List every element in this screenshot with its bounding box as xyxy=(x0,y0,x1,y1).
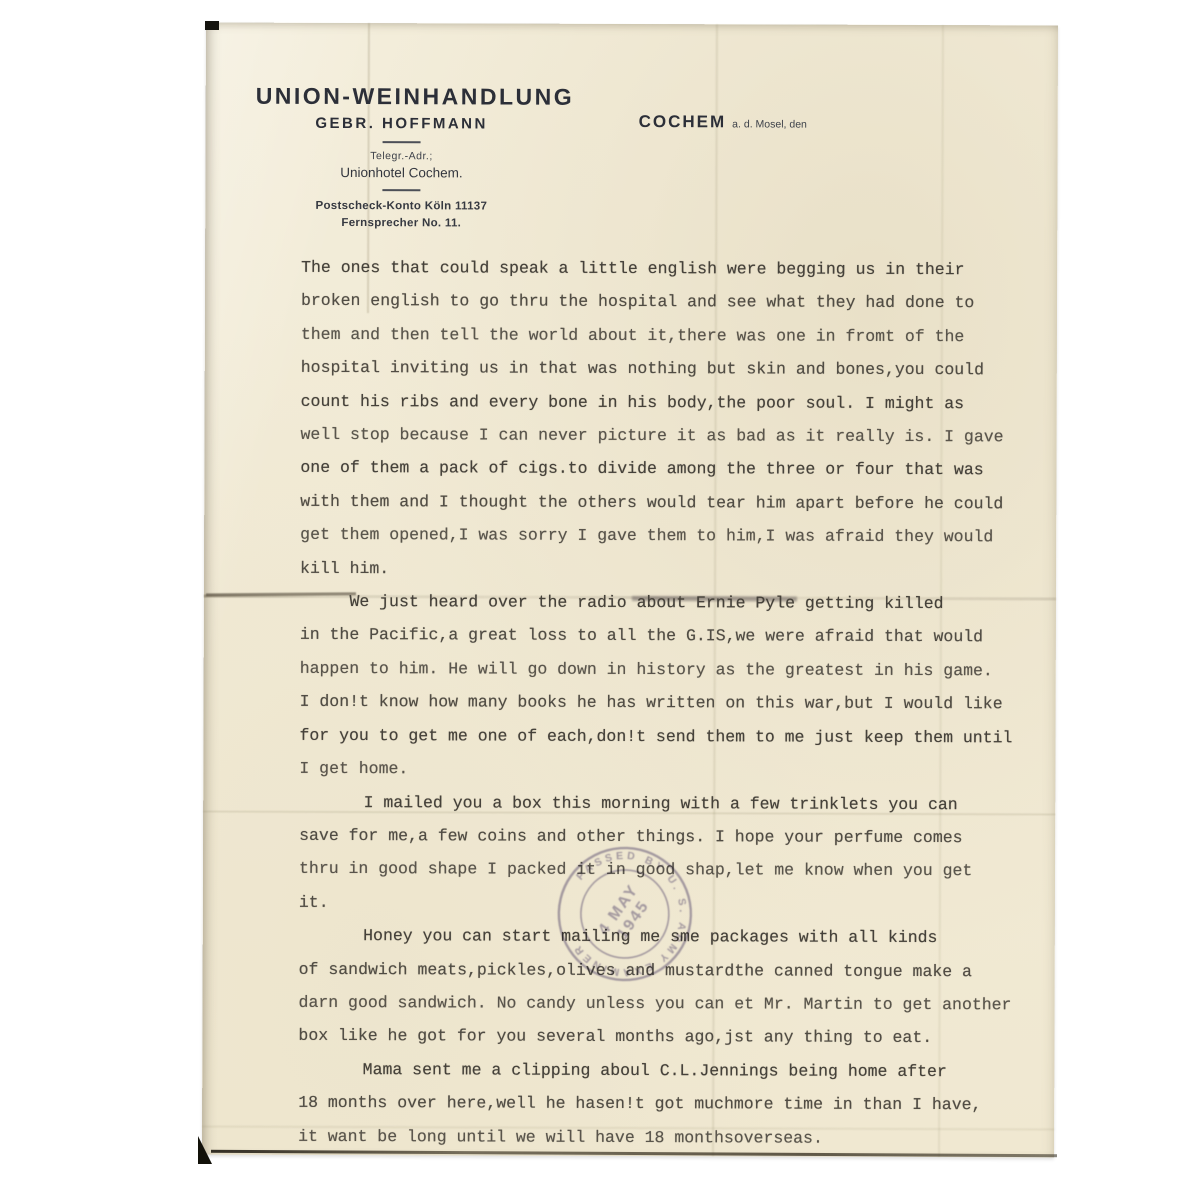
typed-line: hospital inviting us in that was nothing… xyxy=(301,351,1021,387)
typed-line: in the Pacific,a great loss to all the G… xyxy=(300,618,1020,654)
letterhead: UNION-WEINHANDLUNG GEBR. HOFFMANN Telegr… xyxy=(255,83,548,230)
typed-line: one of them a pack of cigs.to divide amo… xyxy=(300,451,1020,487)
place-date-line: COCHEMa. d. Mosel, den xyxy=(639,112,807,133)
typed-line: The ones that could speak a little engli… xyxy=(301,251,1021,287)
paragraph: Mama sent me a clipping aboul C.L.Jennin… xyxy=(298,1053,1018,1156)
place-name: COCHEM xyxy=(639,112,727,131)
scanned-letter-screenshot: { "document": { "letterhead": { "company… xyxy=(0,0,1200,1200)
typed-line: get them opened,I was sorry I gave them … xyxy=(300,518,1020,554)
typed-line: 18 months over here,well he hasen!t got … xyxy=(298,1086,1018,1122)
letter-page: UNION-WEINHANDLUNG GEBR. HOFFMANN Telegr… xyxy=(202,23,1058,1158)
typed-line: well stop because I can never picture it… xyxy=(300,418,1020,454)
scan-artifact-top-left xyxy=(205,21,219,30)
typed-line: I don!t know how many books he has writt… xyxy=(300,685,1020,721)
typed-line: with them and I thought the others would… xyxy=(300,485,1020,521)
typed-line: box like he got for you several months a… xyxy=(298,1019,1018,1055)
typed-line: We just heard over the radio about Ernie… xyxy=(300,585,1020,621)
typed-line: Mama sent me a clipping aboul C.L.Jennin… xyxy=(298,1053,1018,1089)
telegram-address-label: Telegr.-Adr.; xyxy=(255,150,547,163)
place-suffix: a. d. Mosel, den xyxy=(732,118,807,130)
letter-body: The ones that could speak a little engli… xyxy=(298,251,1021,1155)
typed-line: save for me,a few coins and other things… xyxy=(299,819,1019,855)
divider-rule xyxy=(383,141,421,143)
typed-line: I get home. xyxy=(299,752,1019,788)
divider-rule xyxy=(382,189,420,191)
typed-line: I mailed you a box this morning with a f… xyxy=(299,785,1019,821)
paragraph: I mailed you a box this morning with a f… xyxy=(299,785,1019,921)
telegram-address-value: Unionhotel Cochem. xyxy=(255,165,547,181)
typed-line: kill him. xyxy=(300,552,1020,588)
typed-line: it. xyxy=(299,886,1019,922)
company-name: UNION-WEINHANDLUNG xyxy=(256,83,548,111)
paragraph: The ones that could speak a little engli… xyxy=(300,251,1021,588)
paragraph: We just heard over the radio about Ernie… xyxy=(299,585,1020,788)
typed-line: of sandwich meats,pickles,olives and mus… xyxy=(299,952,1019,988)
typed-line: Honey you can start mailing me sme packa… xyxy=(299,919,1019,955)
typed-line: thru in good shape I packed it in good s… xyxy=(299,852,1019,888)
scan-artifact-bottom-left-corner xyxy=(198,1136,212,1164)
telephone-line: Fernsprecher No. 11. xyxy=(255,217,547,230)
typed-line: count his ribs and every bone in his bod… xyxy=(301,384,1021,420)
typed-line: broken english to go thru the hospital a… xyxy=(301,284,1021,320)
postal-account-line: Postscheck-Konto Köln 11137 xyxy=(255,200,547,213)
typed-line: happen to him. He will go down in histor… xyxy=(300,652,1020,688)
typed-line: darn good sandwich. No candy unless you … xyxy=(298,986,1018,1022)
typed-line: them and then tell the world about it,th… xyxy=(301,318,1021,354)
typed-line: for you to get me one of each,don!t send… xyxy=(299,719,1019,755)
paragraph: Honey you can start mailing me sme packa… xyxy=(298,919,1018,1055)
company-subtitle: GEBR. HOFFMANN xyxy=(256,115,548,133)
